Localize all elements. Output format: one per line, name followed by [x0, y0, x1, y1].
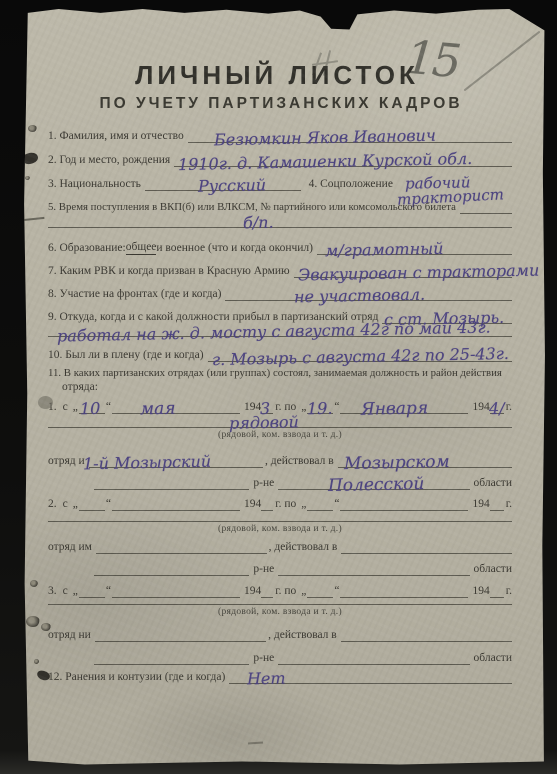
field-row-surname: 1. Фамилия, имя и отчество Безюмкин Яков…: [48, 128, 512, 143]
rank-line: [48, 506, 512, 522]
unit-line: [96, 538, 267, 554]
entry3-rank-row: [48, 590, 512, 605]
field-label-captivity: 10. Был ли в плену (где и когда): [48, 348, 208, 362]
rank-line: [48, 589, 512, 605]
label-otryad: отряд им: [48, 540, 96, 554]
field-label-social-position: 4. Соцположение: [301, 177, 397, 191]
rank-caption: (рядовой, ком. взвода и т. д.): [48, 607, 512, 617]
entry2-unit-row: отряд им , действовал в: [48, 539, 512, 554]
handwritten-birth: 1910г. д. Камашенки Курской обл.: [178, 152, 472, 172]
field-line: Русский: [145, 175, 301, 191]
entry2-district-row: р-не области: [94, 561, 512, 576]
document-paper: 15 ЛИЧНЫЙ ЛИСТОК ПО УЧЕТУ ПАРТИЗАНСКИХ К…: [22, 6, 546, 766]
field-row-fronts: 8. Участие на фронтах (где и когда) не у…: [48, 286, 512, 301]
district-line: Полесской: [278, 474, 469, 490]
handwritten-arrival-2: работал на ж. д. мосту с августа 42г по …: [57, 320, 491, 343]
label-acted: , действовал в: [267, 540, 342, 554]
field-row-captivity: 10. Был ли в плену (где и когда) г. Мозы…: [48, 347, 512, 362]
punch-hole: [25, 176, 30, 180]
district-prefix-line: [94, 649, 249, 665]
field-label-detachments-2: отряда:: [48, 380, 102, 394]
punch-hole: [34, 659, 39, 664]
handwritten-wounds: Нет: [247, 672, 286, 687]
label-rne: р-не: [249, 562, 278, 576]
field-line: Безюмкин Яков Иванович: [188, 127, 512, 143]
field-row-rvk: 7. Каким РВК и когда призван в Красную А…: [48, 263, 512, 278]
handwritten-surname: Безюмкин Яков Иванович: [214, 129, 436, 148]
document-subtitle: ПО УЧЕТУ ПАРТИЗАНСКИХ КАДРОВ: [22, 95, 540, 113]
field-line: работал на ж. д. мосту с августа 42г по …: [48, 321, 512, 337]
district-line: [278, 560, 469, 576]
field-row-detachments: 11. В каких партизанских отрядах (или гр…: [48, 365, 512, 380]
handwritten-unit: 1-й Мозырский: [83, 455, 211, 472]
punch-hole: [30, 580, 38, 587]
field-line: Нет: [229, 668, 512, 684]
field-label-detachments: 11. В каких партизанских отрядах (или гр…: [48, 366, 506, 380]
handwritten-fronts: не участвовал.: [294, 288, 425, 305]
acted-line: [341, 538, 512, 554]
handwritten-acted-place: Мозырском: [344, 455, 450, 471]
field-label-nationality: 3. Национальность: [48, 177, 145, 191]
district-prefix-line: [94, 474, 249, 490]
field-row-wounds: 12. Ранения и контузии (где и когда) Нет: [48, 669, 512, 684]
field-row-party-line2: б/п.: [48, 213, 512, 228]
handwritten-rvk: Эвакуирован с тракторами: [297, 263, 539, 282]
handwritten-rank: рядовой: [229, 415, 299, 430]
entry1-district-row: р-не Полесской области: [94, 475, 512, 490]
rank-caption: (рядовой, ком. взвода и т. д.): [48, 524, 512, 534]
field-label-rvk: 7. Каким РВК и когда призван в Красную А…: [48, 264, 294, 278]
field-label-surname: 1. Фамилия, имя и отчество: [48, 129, 188, 143]
punch-hole: [26, 616, 40, 627]
entry1-rank-row: рядовой: [48, 413, 512, 428]
handwritten-party: б/п.: [243, 216, 274, 231]
field-row-birth: 2. Год и место, рождения 1910г. д. Камаш…: [48, 152, 512, 167]
field-line: м/грамотный: [317, 239, 512, 255]
label-rne: р-не: [249, 476, 278, 490]
document-title: ЛИЧНЫЙ ЛИСТОК: [22, 60, 532, 91]
pencil-dash-mark: [248, 741, 263, 744]
handwritten-nationality: Русский: [198, 178, 266, 193]
label-oblast: области: [470, 651, 512, 665]
entry3-unit-row: отряд ни , действовал в: [48, 627, 512, 642]
handwritten-education: м/грамотный: [325, 242, 444, 258]
label-oblast: области: [470, 476, 512, 490]
entry3-district-row: р-не области: [94, 650, 512, 665]
entry1-unit-row: отряд и 1-й Мозырский , действовал в Моз…: [48, 453, 512, 468]
field-line: б/п.: [48, 212, 512, 228]
label-acted: , действовал в: [266, 628, 341, 642]
field-label-education-underlined: общее: [126, 240, 157, 255]
district-prefix-line: [94, 560, 249, 576]
field-row-nationality: 3. Национальность Русский 4. Соцположени…: [48, 176, 512, 191]
field-line: Эвакуирован с тракторами: [294, 262, 512, 278]
punch-hole: [28, 125, 37, 132]
label-rne: р-не: [249, 651, 278, 665]
acted-line: Мозырском: [338, 452, 512, 468]
field-label-education-pre: 6. Образование:: [48, 241, 126, 255]
unit-line: [95, 626, 266, 642]
field-row-detachments-line2: отряда:: [48, 379, 512, 394]
field-line: г. Мозырь с августа 42г по 25-43г.: [208, 346, 512, 362]
handwritten-district: Полесской: [328, 477, 425, 493]
field-label-education-post: и военное (что и когда окончил): [156, 241, 317, 255]
acted-line: [341, 626, 512, 642]
district-line: [278, 649, 469, 665]
field-line: 1910г. д. Камашенки Курской обл.: [174, 151, 512, 167]
field-label-fronts: 8. Участие на фронтах (где и когда): [48, 287, 225, 301]
field-line: не участвовал.: [225, 285, 512, 301]
field-row-education: 6. Образование: общее и военное (что и к…: [48, 240, 512, 255]
label-oblast: области: [470, 562, 512, 576]
label-otryad: отряд ни: [48, 628, 95, 642]
entry2-rank-row: [48, 507, 512, 522]
label-acted: , действовал в: [263, 454, 338, 468]
pencil-dash-mark: [22, 209, 45, 221]
rank-line: рядовой: [48, 412, 512, 428]
field-label-birth: 2. Год и место, рождения: [48, 153, 174, 167]
field-label-wounds: 12. Ранения и контузии (где и когда): [48, 670, 229, 684]
field-row-arrival-line2: работал на ж. д. мосту с августа 42г по …: [48, 322, 512, 337]
rank-caption: (рядовой, ком. взвода и т. д.): [48, 430, 512, 440]
field-line: рабочий тракторист: [397, 176, 512, 191]
unit-line: 1-й Мозырский: [89, 452, 263, 468]
